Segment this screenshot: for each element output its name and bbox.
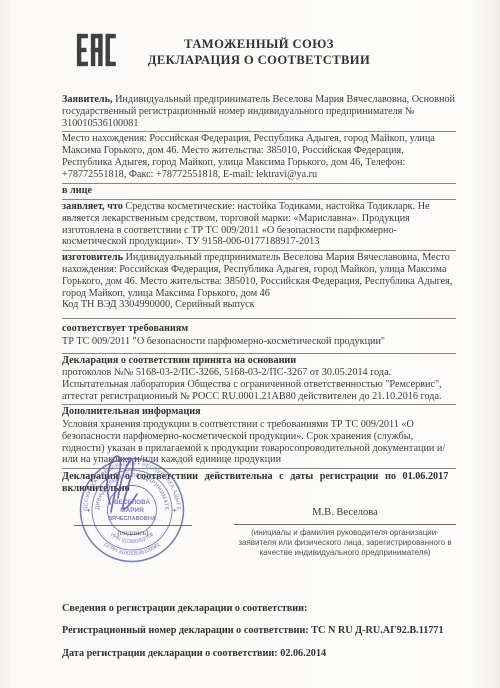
meets-text: ТР ТС 009/2011 "О безопасности парфюмерн…: [62, 336, 456, 348]
signatory-name: М.В. Веселова: [234, 507, 456, 518]
applicant-text: Индивидуальный предприниматель Веселова …: [62, 94, 455, 129]
additional-info-heading: Дополнительная информация: [62, 406, 456, 419]
section-divider: [62, 131, 456, 132]
title-line-2: ДЕКЛАРАЦИЯ О СООТВЕТСТВИИ: [62, 52, 456, 68]
section-divider: [62, 404, 456, 405]
signature-block: (подпись) М.В. Веселова (инициалы и фами…: [62, 495, 456, 595]
applicant-paragraph: Заявитель, Индивидуальный предпринимател…: [62, 94, 456, 129]
declares-label: заявляет, что: [62, 201, 123, 212]
registration-number-label: Регистрационный номер декларации о соотв…: [62, 625, 309, 636]
basis-text: протоколов №№ 5168-03-2/ПС-3266, 5168-03…: [62, 367, 456, 402]
registration-info-block: Сведения о регистрации декларации о соот…: [62, 603, 456, 661]
in-person-heading: в лице: [62, 185, 456, 198]
manufacturer-label: изготовитель: [62, 252, 123, 263]
declares-paragraph: заявляет, что Средства косметические: на…: [62, 201, 456, 248]
registration-date-label: Дата регистрации декларации о соответств…: [62, 648, 278, 659]
section-divider: [62, 199, 456, 200]
name-caption: (инициалы и фамилия руководителя организ…: [234, 528, 456, 558]
applicant-label: Заявитель,: [62, 94, 113, 105]
meets-heading: соответствует требованиям: [62, 323, 456, 336]
additional-info-text: Условия хранения продукции в соответстви…: [62, 419, 456, 466]
name-line: [234, 524, 456, 525]
signature-caption: (подпись): [74, 528, 192, 537]
validity-statement: Декларация о соответствии действительна …: [62, 471, 456, 495]
registration-date-value: 02.06.2014: [280, 648, 326, 659]
section-divider: [62, 318, 456, 319]
manufacturer-paragraph: изготовитель Индивидуальный предпринимат…: [62, 252, 456, 299]
location-paragraph: Место нахождения: Российская Федерация, …: [62, 133, 456, 180]
section-divider: [62, 183, 456, 184]
section-divider: [62, 250, 456, 251]
declaration-document: ТАМОЖЕННЫЙ СОЮЗ ДЕКЛАРАЦИЯ О СООТВЕТСТВИ…: [62, 24, 456, 670]
registration-heading: Сведения о регистрации декларации о соот…: [62, 603, 456, 616]
document-title: ТАМОЖЕННЫЙ СОЮЗ ДЕКЛАРАЦИЯ О СООТВЕТСТВИ…: [62, 24, 456, 68]
registration-number-line: Регистрационный номер декларации о соотв…: [62, 625, 456, 638]
signature-line: [74, 525, 192, 526]
document-header: ТАМОЖЕННЫЙ СОЮЗ ДЕКЛАРАЦИЯ О СООТВЕТСТВИ…: [62, 24, 456, 90]
section-divider: [62, 468, 456, 469]
registration-date-line: Дата регистрации декларации о соответств…: [62, 648, 456, 661]
registration-number-value: ТС N RU Д-RU.АГ92.В.11771: [311, 625, 443, 636]
title-line-1: ТАМОЖЕННЫЙ СОЮЗ: [62, 36, 456, 52]
basis-heading: Декларация о соответствии принята на осн…: [62, 355, 456, 368]
tnved-code-line: Код ТН ВЭД 3304990000, Серийный выпуск: [62, 299, 456, 311]
eac-mark-icon: [74, 28, 118, 77]
section-divider: [62, 353, 456, 354]
